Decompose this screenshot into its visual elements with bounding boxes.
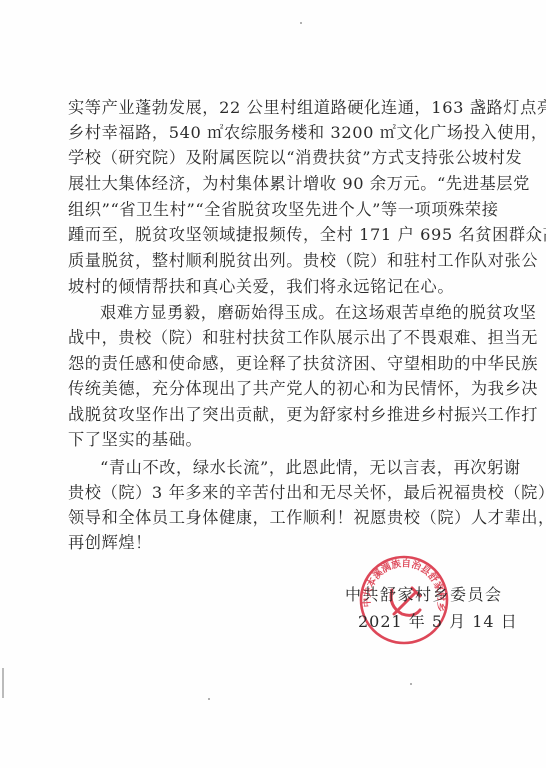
body-line: 领导和全体员工身体健康，工作顺利！祝愿贵校（院）人才辈出，	[68, 508, 473, 528]
body-line: 组织”“省卫生村”“全省脱贫攻坚先进个人”等一项项殊荣接	[68, 200, 473, 220]
body-line: 学校（研究院）及附属医院以“消费扶贫”方式支持张公坡村发	[68, 148, 473, 168]
signature-date: 2021 年 5 月 14 日	[358, 612, 518, 632]
scan-edge-mark	[2, 668, 4, 698]
body-line: 实等产业蓬勃发展，22 公里村组道路硬化连通，163 盏路灯点亮	[68, 98, 473, 118]
scan-speck	[208, 698, 210, 700]
body-line: 坡村的倾情帮扶和真心关爱，我们将永远铭记在心。	[68, 277, 473, 297]
scan-speck	[300, 22, 302, 24]
signature-organization: 中共舒家村乡委员会	[345, 585, 503, 605]
body-line: 传统美德，充分体现出了共产党人的初心和为民情怀，为我乡决	[68, 379, 473, 399]
body-line: 再创辉煌！	[68, 533, 473, 553]
body-line: 展壮大集体经济，为村集体累计增收 90 余万元。“先进基层党	[68, 174, 473, 194]
scan-speck	[410, 683, 412, 685]
body-line: 踵而至，脱贫攻坚领域捷报频传，全村 171 户 695 名贫困群众高	[68, 225, 473, 245]
body-line: 乡村幸福路，540 ㎡农综服务楼和 3200 ㎡文化广场投入使用，	[68, 123, 473, 143]
body-line: “青山不改，绿水长流”，此恩此情，无以言表，再次躬谢	[100, 458, 473, 478]
body-line: 艰难方显勇毅，磨砺始得玉成。在这场艰苦卓绝的脱贫攻坚	[100, 303, 473, 323]
body-line: 怨的责任感和使命感，更诠释了扶贫济困、守望相助的中华民族	[68, 354, 473, 374]
scanned-letter-page: 实等产业蓬勃发展，22 公里村组道路硬化连通，163 盏路灯点亮 乡村幸福路，5…	[0, 0, 546, 768]
body-line: 战中，贵校（院）和驻村扶贫工作队展示出了不畏艰难、担当无	[68, 328, 473, 348]
body-line: 下了坚实的基础。	[68, 430, 473, 450]
body-line: 质量脱贫，整村顺利脱贫出列。贵校（院）和驻村工作队对张公	[68, 251, 473, 271]
body-line: 贵校（院）3 年多来的辛苦付出和无尽关怀，最后祝福贵校（院）	[68, 483, 473, 503]
body-line: 战脱贫攻坚作出了突出贡献，更为舒家村乡推进乡村振兴工作打	[68, 405, 473, 425]
